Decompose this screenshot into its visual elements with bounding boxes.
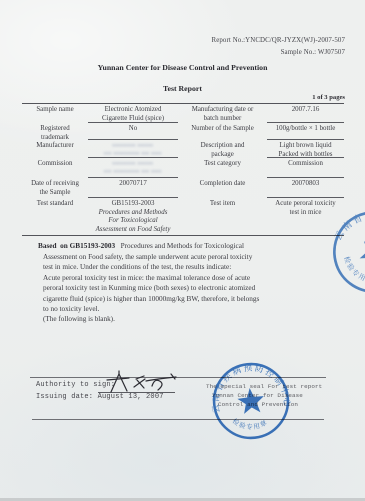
table-value: Light brown liquidPacked with bottles <box>267 140 344 158</box>
stamp-bottom-text: 检验专用章 <box>337 252 365 288</box>
sample-info-table: Sample name Electronic AtomizedCigarette… <box>22 103 344 236</box>
table-value: 20070717 <box>88 178 178 198</box>
document-title: Test Report <box>0 84 365 93</box>
table-label: Manufacturing date orbatch number <box>178 104 267 123</box>
table-value-redacted: ▪▪▪▪▪▪▪▪▪ ▪▪▪▪▪▪▪▪▪ ▪▪▪▪▪▪▪▪▪▪ ▪▪▪ ▪▪▪▪ <box>88 158 178 178</box>
stamp-bottom-text: 检验专用章 <box>230 413 269 434</box>
table-label: Date of receivingthe Sample <box>22 178 88 198</box>
table-value: No <box>88 123 178 140</box>
stamp-star-icon <box>355 233 365 271</box>
seal-caption-line: The special seal For test report <box>206 383 322 390</box>
table-value: 100g/bottle × 1 bottle <box>267 123 344 140</box>
seal-caption-line: Yunnan Center for Disease <box>212 392 303 399</box>
page-indicator: 1 of 3 pages <box>312 94 345 101</box>
table-value-redacted: ▪▪▪▪▪▪▪▪▪ ▪▪▪▪▪▪▪▪▪ ▪▪▪▪▪▪▪▪▪▪ ▪▪▪ ▪▪▪▪ <box>88 140 178 158</box>
paragraph-lead: Based on GB15193-2003 <box>38 242 115 250</box>
scanned-test-report-page: Report No.:YNCDC/QR-JYZX(WJ)-2007-507 Sa… <box>0 0 365 501</box>
svg-text:检验专用章: 检验专用章 <box>337 252 365 288</box>
handwritten-signature <box>98 370 180 396</box>
table-value: 20070803 <box>267 178 344 198</box>
table-label: Registeredtrademark <box>22 123 88 140</box>
signature-section-bottom-rule <box>32 419 324 420</box>
result-paragraph: Based on GB15193-2003 Procedures and Met… <box>38 241 259 315</box>
table-value: GB15193-2003 Procedures and Methods For … <box>88 198 178 234</box>
report-number: Report No.:YNCDC/QR-JYZX(WJ)-2007-507 <box>212 37 345 44</box>
svg-text:检验专用章: 检验专用章 <box>230 413 269 434</box>
table-label: Sample name <box>22 104 88 123</box>
table-label: Number of the Sample <box>178 123 267 140</box>
seal-caption-line: Control and Prevention <box>218 401 298 408</box>
organization-title: Yunnan Center for Disease Control and Pr… <box>0 63 365 72</box>
table-label: Description andpackage <box>178 140 267 158</box>
table-value: Commission <box>267 158 344 178</box>
table-label: Test category <box>178 158 267 178</box>
table-label: Commission <box>22 158 88 178</box>
sample-number: Sample No.: WJ07507 <box>281 49 345 56</box>
table-value: Acute peroral toxicitytest in mice <box>267 198 344 234</box>
table-label: Test item <box>178 198 267 234</box>
table-label: Manufacturer <box>22 140 88 158</box>
table-value: Electronic AtomizedCigarette Fluid (spic… <box>88 104 178 123</box>
table-value: 2007.7.16 <box>267 104 344 123</box>
table-label: Test standard <box>22 198 88 234</box>
blank-note: (The following is blank). <box>43 315 115 323</box>
table-label: Completion date <box>178 178 267 198</box>
